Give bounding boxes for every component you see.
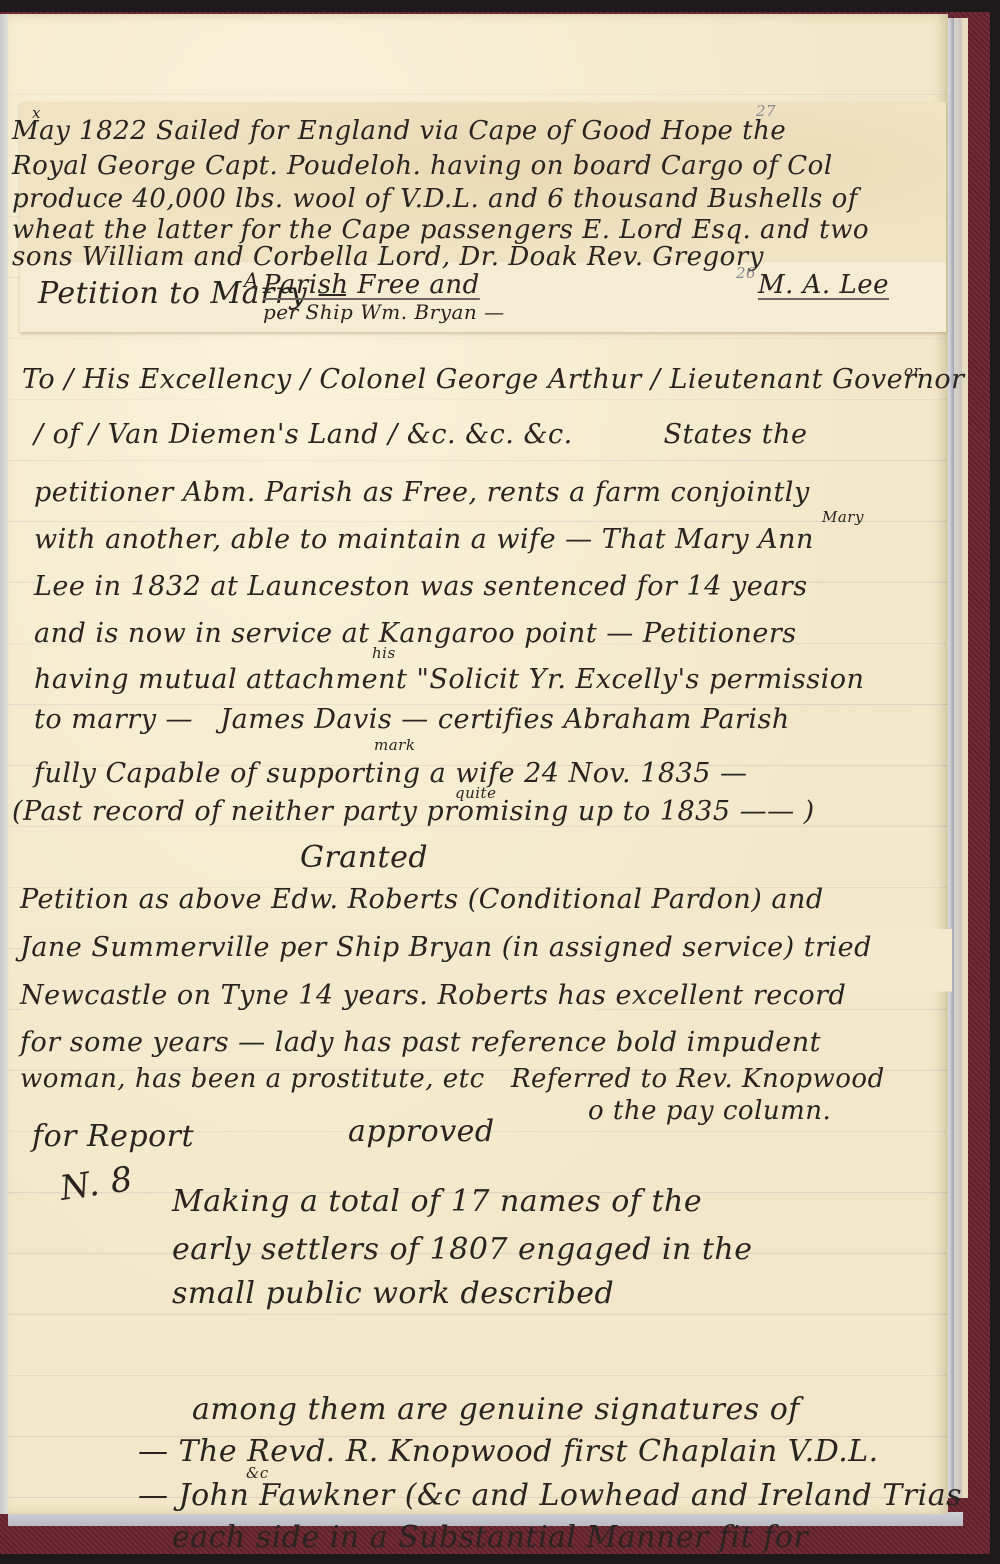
page-stack-edge (954, 18, 962, 1498)
petition-line-5: Lee in 1832 at Launceston was sentenced … (34, 571, 808, 602)
petition-line-9: fully Capable of supporting a wife 24 No… (34, 758, 747, 789)
party-initial: A (244, 268, 259, 292)
petition-line-8: to marry — James Davis — certifies Abrah… (34, 704, 790, 735)
page-number-26: 26 (736, 264, 756, 282)
petition-line-2: / of / Van Diemen's Land / &c. &c. &c. S… (34, 419, 807, 450)
petition-line-6: and is now in service at Kangaroo point … (34, 618, 797, 649)
second-petition-decision: approved (348, 1114, 495, 1149)
second-petition-line-4: for some years — lady has past reference… (20, 1027, 821, 1058)
lower-line-2: early settlers of 1807 engaged in the (172, 1232, 752, 1267)
manuscript-page: x 27 May 1822 Sailed for England via Cap… (8, 14, 948, 1514)
mark-subscript: mark (374, 736, 415, 754)
lower-line-7: each side in a Substantial Manner fit fo… (172, 1520, 808, 1555)
lower-line-3: small public work described (172, 1276, 614, 1311)
mary-superscript: Mary (822, 508, 864, 526)
voyage-line-3: produce 40,000 lbs. wool of V.D.L. and 6… (12, 184, 858, 214)
margin-note: N. 8 (58, 1159, 136, 1209)
page-stack-edge (962, 18, 968, 1498)
voyage-line-4: wheat the latter for the Cape passengers… (12, 215, 869, 245)
voyage-line-1: May 1822 Sailed for England via Cape of … (12, 116, 786, 146)
petition-line-3: petitioner Abm. Parish as Free, rents a … (34, 477, 810, 508)
second-petition-line-2: Jane Summerville per Ship Bryan (in assi… (20, 932, 872, 963)
his-superscript: his (372, 644, 396, 662)
voyage-line-5: sons William and Corbella Lord, Dr. Doak… (12, 242, 764, 272)
petition-decision-granted: Granted (300, 840, 428, 875)
second-petition-line-6: for Report (32, 1119, 194, 1154)
petition-line-4: with another, able to maintain a wife — … (34, 524, 814, 555)
petition-line-10: (Past record of neither party promising … (12, 796, 815, 827)
second-petition-line-3: Newcastle on Tyne 14 years. Roberts has … (20, 980, 846, 1011)
party-one: Parish Free and (263, 270, 480, 300)
second-petition-line-1: Petition as above Edw. Roberts (Conditio… (20, 884, 824, 915)
petition-line-7: having mutual attachment "Solicit Yr. Ex… (34, 664, 864, 695)
party-two: M. A. Lee (758, 270, 889, 300)
slip-fragment-pay-column: o the pay column. (588, 1096, 831, 1126)
voyage-line-2: Royal George Capt. Poudeloh. having on b… (12, 151, 833, 181)
petition-line-1: To / His Excellency / Colonel George Art… (22, 364, 965, 395)
lower-line-1: Making a total of 17 names of the (172, 1184, 702, 1219)
lower-line-4: among them are genuine signatures of (192, 1392, 800, 1427)
lower-line-6: — John Fawkner (&c and Lowhead and Irela… (138, 1478, 962, 1513)
ship-line: per Ship Wm. Bryan — (263, 300, 505, 324)
second-petition-line-5: woman, has been a prostitute, etc Referr… (20, 1064, 885, 1094)
